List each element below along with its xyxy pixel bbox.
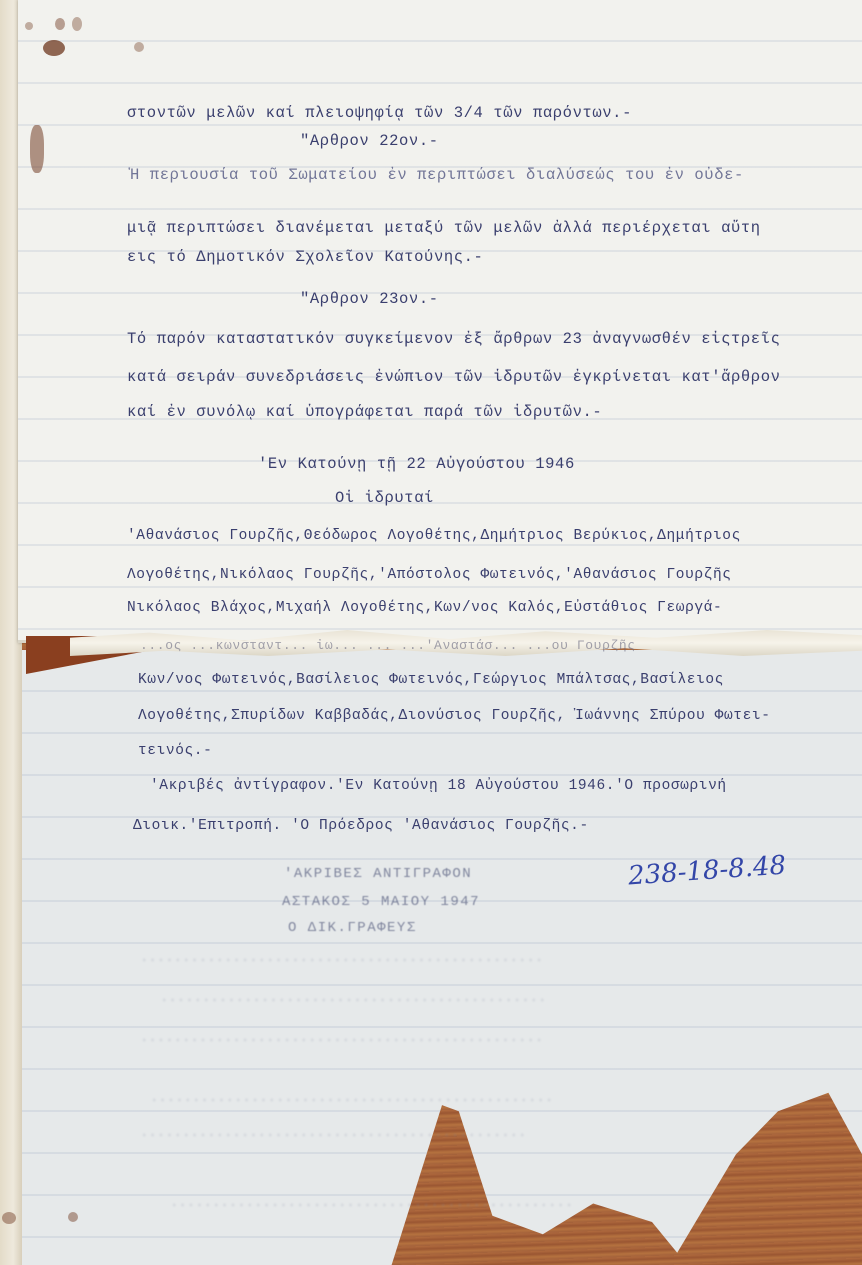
founders-list-line: Κων/νος Φωτεινός,Βασίλειος Φωτεινός,Γεώρ… (138, 672, 724, 688)
stain-mark (55, 18, 65, 30)
stain-mark (2, 1212, 16, 1224)
stain-mark (72, 17, 82, 31)
stamp-text: 'ΑΚΡΙΒΕΣ ΑΝΤΙΓΡΑΦΟΝ (284, 866, 472, 882)
show-through-text: ........................................… (140, 1125, 526, 1141)
founders-list-line: τεινός.- (138, 743, 212, 759)
show-through-text: ........................................… (150, 1090, 553, 1106)
article-heading: "Αρθρον 23ον.- (300, 290, 439, 308)
text-line: Ἡ περιουσία τοῦ Σωματείου ἐν περιπτώσει … (130, 166, 744, 184)
stain-mark (134, 42, 144, 52)
stain-mark (30, 125, 44, 173)
stain-mark (68, 1212, 78, 1222)
text-line: στοντῶν μελῶν καί πλειοψηφίᾳ τῶν 3/4 τῶν… (127, 104, 632, 122)
show-through-text: ........................................… (140, 950, 543, 966)
text-line: καί ἐν συνόλῳ καί ὑπογράφεται παρά τῶν ἱ… (127, 403, 602, 421)
founders-heading: Οἱ ἱδρυταί (335, 489, 434, 507)
founders-list-line: Λογοθέτης,Νικόλαος Γουρζῆς,'Απόστολος Φω… (127, 567, 732, 583)
stain-mark (43, 40, 65, 56)
date-line: 'Εν Κατούνῃ τῇ 22 Αὐγούστου 1946 (258, 455, 575, 473)
text-line: εις τό Δημοτικόν Σχολεῖον Κατούνης.- (127, 248, 483, 266)
show-through-text: ........................................… (160, 990, 546, 1006)
founders-list-line: Νικόλαος Βλάχος,Μιχαήλ Λογοθέτης,Κων/νος… (127, 600, 722, 616)
text-line: μιᾷ περιπτώσει διανέμεται μεταξύ τῶν μελ… (127, 219, 761, 237)
text-line: κατά σειράν συνεδριάσεις ἐνώπιον τῶν ἱδρ… (127, 368, 781, 386)
article-heading: "Αρθρον 22ον.- (300, 132, 439, 150)
stamp-text: ΑΣΤΑΚΟΣ 5 ΜΑΙΟΥ 1947 (282, 894, 480, 910)
founders-list-line: Λογοθέτης,Σπυρίδων Καββαδάς,Διονύσιος Γο… (138, 708, 771, 724)
certification-line: 'Ακριβές ἀντίγραφον.'Εν Κατούνῃ 18 Αὐγού… (150, 778, 727, 794)
show-through-text: ........................................… (170, 1195, 573, 1211)
text-line: Τό παρόν καταστατικόν συγκείμενον ἐξ ἄρθ… (127, 330, 781, 348)
stamp-text: Ο ΔΙΚ.ΓΡΑΦΕΥΣ (288, 920, 417, 936)
stain-mark (25, 22, 33, 30)
torn-text-line: ...ος ...κωνσταντ... ἰω... ... ...'Αναστ… (140, 638, 636, 653)
document-page-top (18, 0, 862, 643)
certification-line: Διοικ.'Επιτροπή. 'Ο Πρόεδρος 'Αθανάσιος … (133, 818, 589, 834)
founders-list-line: 'Αθανάσιος Γουρζῆς,Θεόδωρος Λογοθέτης,Δη… (127, 528, 741, 544)
show-through-text: ........................................… (140, 1030, 543, 1046)
